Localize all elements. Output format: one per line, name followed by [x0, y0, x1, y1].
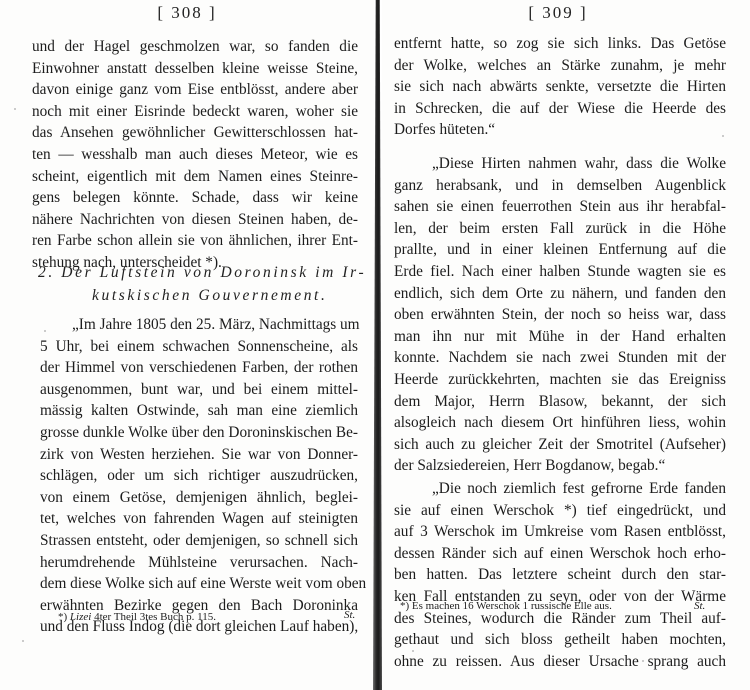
- text-line: der Salzsiedereien, Herr Bogdanow, begab…: [394, 455, 726, 477]
- left-paragraph-1: und der Hagel geschmolzen war, so fanden…: [32, 36, 358, 274]
- text-line: dem diese Wolke sich auf eine Werste wei…: [40, 573, 358, 595]
- text-line: sahen sie einen feuerrothen Stein aus ih…: [394, 196, 726, 218]
- text-line: schlägen, oder um sich richtiger auszudr…: [40, 465, 358, 487]
- text-line: prallte, und in einer kleinen Entfernung…: [394, 239, 726, 261]
- section-heading-line-1: 2. Der Luftstein von Doroninsk im Ir-: [38, 264, 366, 282]
- right-paragraph-3: „Die noch ziemlich fest gefrorne Erde fa…: [394, 478, 726, 672]
- text-line: alsogleich nach diesem Ort hinführen lie…: [394, 412, 726, 434]
- footnote-signature: St.: [694, 600, 705, 612]
- text-line: ten — wesshalb man auch dieses Meteor, w…: [32, 144, 358, 166]
- text-line: dessen Ränder sich auf einen Werschok ho…: [394, 543, 726, 565]
- text-line: sie auf einen Werschok *) tief eingedrüc…: [394, 500, 726, 522]
- text-line: der Himmel von verschiedenen Farben, der…: [40, 357, 358, 379]
- text-line: und der Hagel geschmolzen war, so fanden…: [32, 36, 358, 58]
- text-line: oben erwähnten Stein, der noch so heiss …: [394, 304, 726, 326]
- text-line: ganz herabsank, und in demselben Augenbl…: [394, 175, 726, 197]
- right-paragraph-2: „Diese Hirten nahmen wahr, dass die Wolk…: [394, 153, 726, 477]
- text-line: „Im Jahre 1805 den 25. März, Nachmittags…: [40, 314, 358, 336]
- footnote-text: Es machen 16 Werschok 1 russische Elle a…: [412, 600, 612, 612]
- text-line: gethaut und sich bloss getheilt haben mo…: [394, 629, 726, 651]
- text-line: Erde fiel. Nach einer halben Stunde wagt…: [394, 261, 726, 283]
- text-line: konnte. Nachdem sie nach zwei Stunden mi…: [394, 347, 726, 369]
- text-line: der Wolke, welches an Stärke zunahm, je …: [394, 55, 726, 77]
- left-paragraph-2: „Im Jahre 1805 den 25. März, Nachmittags…: [40, 314, 358, 638]
- text-line: man ihn nur mit Mühe in der Hand erhalte…: [394, 326, 726, 348]
- text-line: auf 3 Werschok im Umkreise vom Rasen ent…: [394, 521, 726, 543]
- text-line: in Schrecken, die auf der Wiese die Heer…: [394, 98, 726, 120]
- text-line: ausgenommen, bunt war, und bei einem mit…: [40, 379, 358, 401]
- text-line: Heerde zurückkehrten, machten sie das Er…: [394, 369, 726, 391]
- paper-speck: [14, 108, 16, 110]
- paper-speck: [642, 660, 644, 662]
- text-line: Strassen entsteht, oder demjenigen, so s…: [40, 530, 358, 552]
- text-line: das Ansehen gewöhnlicher Gewitterschloss…: [32, 122, 358, 144]
- paper-speck: [44, 330, 46, 332]
- book-spread: [ 308 ] und der Hagel geschmolzen war, s…: [0, 0, 750, 690]
- book-spine: [373, 0, 382, 690]
- text-line: tet, welches von fahrenden Wagen auf ste…: [40, 508, 358, 530]
- text-line: Einwohner anstatt desselben kleine weiss…: [32, 58, 358, 80]
- footnote-left: *) Lizei 4ter Theil 3tes Buch p. 115. St…: [58, 611, 358, 623]
- footnote-marker: *): [400, 600, 409, 612]
- footnote-source: Lizei: [70, 611, 91, 623]
- text-line: „Die noch ziemlich fest gefrorne Erde fa…: [394, 478, 726, 500]
- text-line: noch mit einer Eisrinde bedeckt waren, w…: [32, 101, 358, 123]
- text-line: zirk von Westen herziehen. Sie war von D…: [40, 444, 358, 466]
- right-paragraph-1: entfernt hatte, so zog sie sich links. D…: [394, 33, 726, 141]
- text-line: entfernt hatte, so zog sie sich links. D…: [394, 33, 726, 55]
- text-line: 5 Uhr, bei einem schwachen Sonnenscheine…: [40, 336, 358, 358]
- paper-speck: [412, 650, 414, 652]
- text-line: von einem Getöse, demjenigen ähnlich, be…: [40, 487, 358, 509]
- page-number-right: [ 309 ]: [374, 3, 742, 23]
- text-line: endlich, sich dem Orte zu nähern, und fa…: [394, 283, 726, 305]
- text-line: ben hatten. Das letztere scheint durch d…: [394, 564, 726, 586]
- text-line: gens belegen könnte. Schade, dass wir ke…: [32, 187, 358, 209]
- text-line: ren Farbe schon allein sie von ähnlichen…: [32, 230, 358, 252]
- footnote-right: *) Es machen 16 Werschok 1 russische Ell…: [400, 600, 720, 612]
- text-line: davon einige ganz vom Eise entblösst, an…: [32, 79, 358, 101]
- text-line: dem Major, Herrn Blasow, bekannt, der si…: [394, 391, 726, 413]
- paper-speck: [22, 640, 24, 642]
- paper-speck: [722, 135, 724, 137]
- text-line: Dorfes hüteten.“: [394, 119, 726, 141]
- footnote-signature: St.: [344, 609, 355, 621]
- text-line: herumdrehende Mühlsteine verursachen. Na…: [40, 552, 358, 574]
- text-line: scheint, eigentlich mit dem Namen eines …: [32, 166, 358, 188]
- right-page: [ 309 ] entfernt hatte, so zog sie sich …: [382, 0, 750, 690]
- text-line: grosse dunkle Wolke über den Doroninskis…: [40, 422, 358, 444]
- text-line: mässig kalten Ostwinde, sah man eine zie…: [40, 400, 358, 422]
- left-page: [ 308 ] und der Hagel geschmolzen war, s…: [0, 0, 374, 690]
- page-number-left: [ 308 ]: [0, 3, 374, 23]
- text-line: len, der beim ersten Fall zurück in die …: [394, 218, 726, 240]
- text-line: sich auch zu gleicher Zeit der Smotritel…: [394, 434, 726, 456]
- section-heading-line-2: kutskischen Gouvernement.: [92, 287, 327, 305]
- text-line: ohne zu reissen. Aus dieser Ursache spra…: [394, 651, 726, 673]
- text-line: sie sich nach abwärts senkte, versetzte …: [394, 76, 726, 98]
- text-line: „Diese Hirten nahmen wahr, dass die Wolk…: [394, 153, 726, 175]
- text-line: nähere Nachrichten von diesen Steinen ha…: [32, 209, 358, 231]
- footnote-marker: *): [58, 611, 67, 623]
- footnote-text: 4ter Theil 3tes Buch p. 115.: [94, 611, 216, 623]
